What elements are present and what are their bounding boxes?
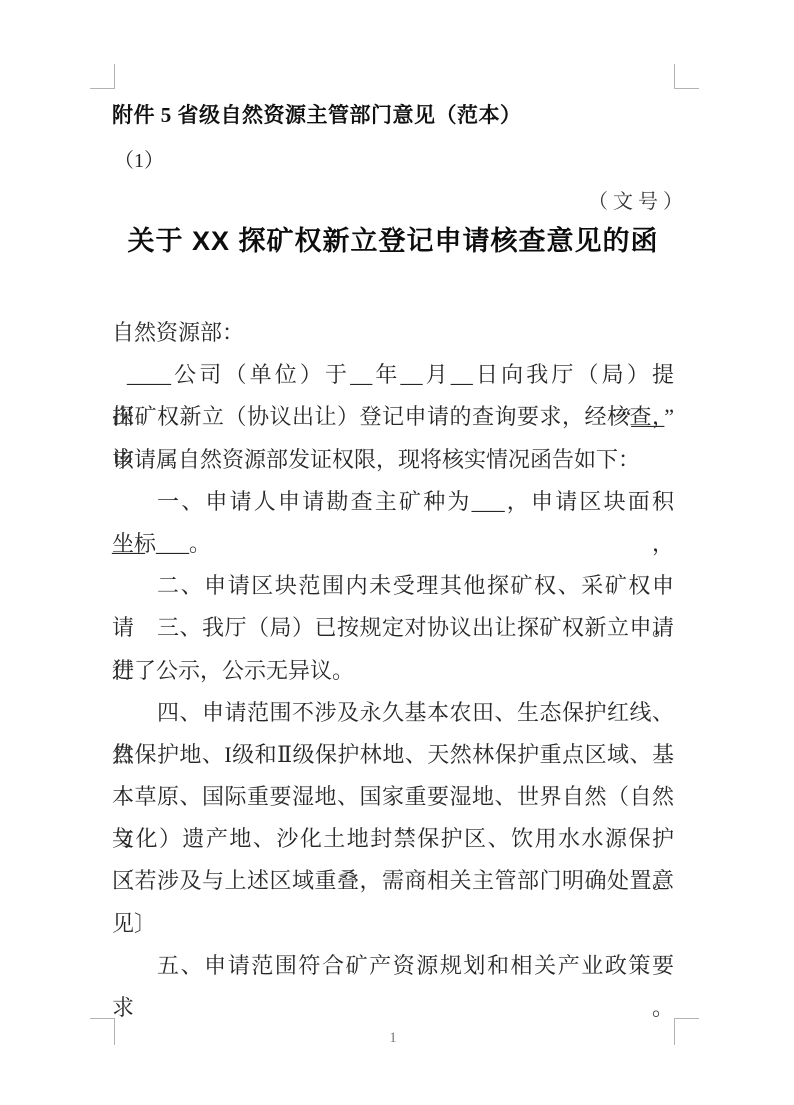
- body-line: 申请属自然资源部发证权限，现将核实情况函告如下：: [112, 439, 674, 481]
- body-line: 三、我厅（局）已按规定对协议出让探矿权新立申请进: [112, 607, 674, 649]
- body-line: 二、申请区块范围内未受理其他探矿权、采矿权申请。: [112, 565, 674, 607]
- attachment-heading: 附件 5 省级自然资源主管部门意见（范本）: [112, 99, 712, 129]
- body-line: 五、申请范围符合矿产资源规划和相关产业政策要求。: [112, 945, 674, 987]
- document-title: 关于 XX 探矿权新立登记申请核查意见的函: [112, 219, 674, 258]
- document-body: 自然资源部： ____公司（单位）于__年__月__日向我厅（局）提出“___”…: [112, 312, 674, 987]
- text-boundary-mark-top-left: [90, 64, 115, 89]
- body-line: 然保护地、I级和Ⅱ级保护林地、天然林保护重点区域、基: [112, 734, 674, 776]
- body-line-salutation: 自然资源部：: [112, 312, 674, 354]
- document-page: 附件 5 省级自然资源主管部门意见（范本） （1） （文号） 关于 XX 探矿权…: [0, 0, 794, 1105]
- body-line: 文化）遗产地、沙化土地封禁保护区、饮用水水源保护区。: [112, 818, 674, 860]
- body-line: 行了公示，公示无异议。: [112, 650, 674, 692]
- body-line: 见〕: [112, 903, 674, 945]
- body-line: 本草原、国际重要湿地、国家重要湿地、世界自然（自然与: [112, 776, 674, 818]
- text-boundary-mark-top-right: [674, 64, 699, 89]
- body-line: 〔若涉及与上述区域重叠，需商相关主管部门明确处置意: [112, 860, 674, 902]
- body-line: 一、申请人申请勘查主矿种为___，申请区块面积___，: [112, 481, 674, 523]
- body-line: ____公司（单位）于__年__月__日向我厅（局）提出“___”: [112, 354, 674, 396]
- body-line: 四、申请范围不涉及永久基本农田、生态保护红线、自: [112, 692, 674, 734]
- page-number: 1: [112, 1030, 674, 1047]
- item-marker: （1）: [114, 144, 164, 173]
- doc-number-placeholder: （文号）: [112, 185, 688, 214]
- body-line: 探矿权新立（协议出让）登记申请的查询要求，经核查，该: [112, 396, 674, 438]
- text-boundary-mark-bottom-right: [674, 1018, 699, 1045]
